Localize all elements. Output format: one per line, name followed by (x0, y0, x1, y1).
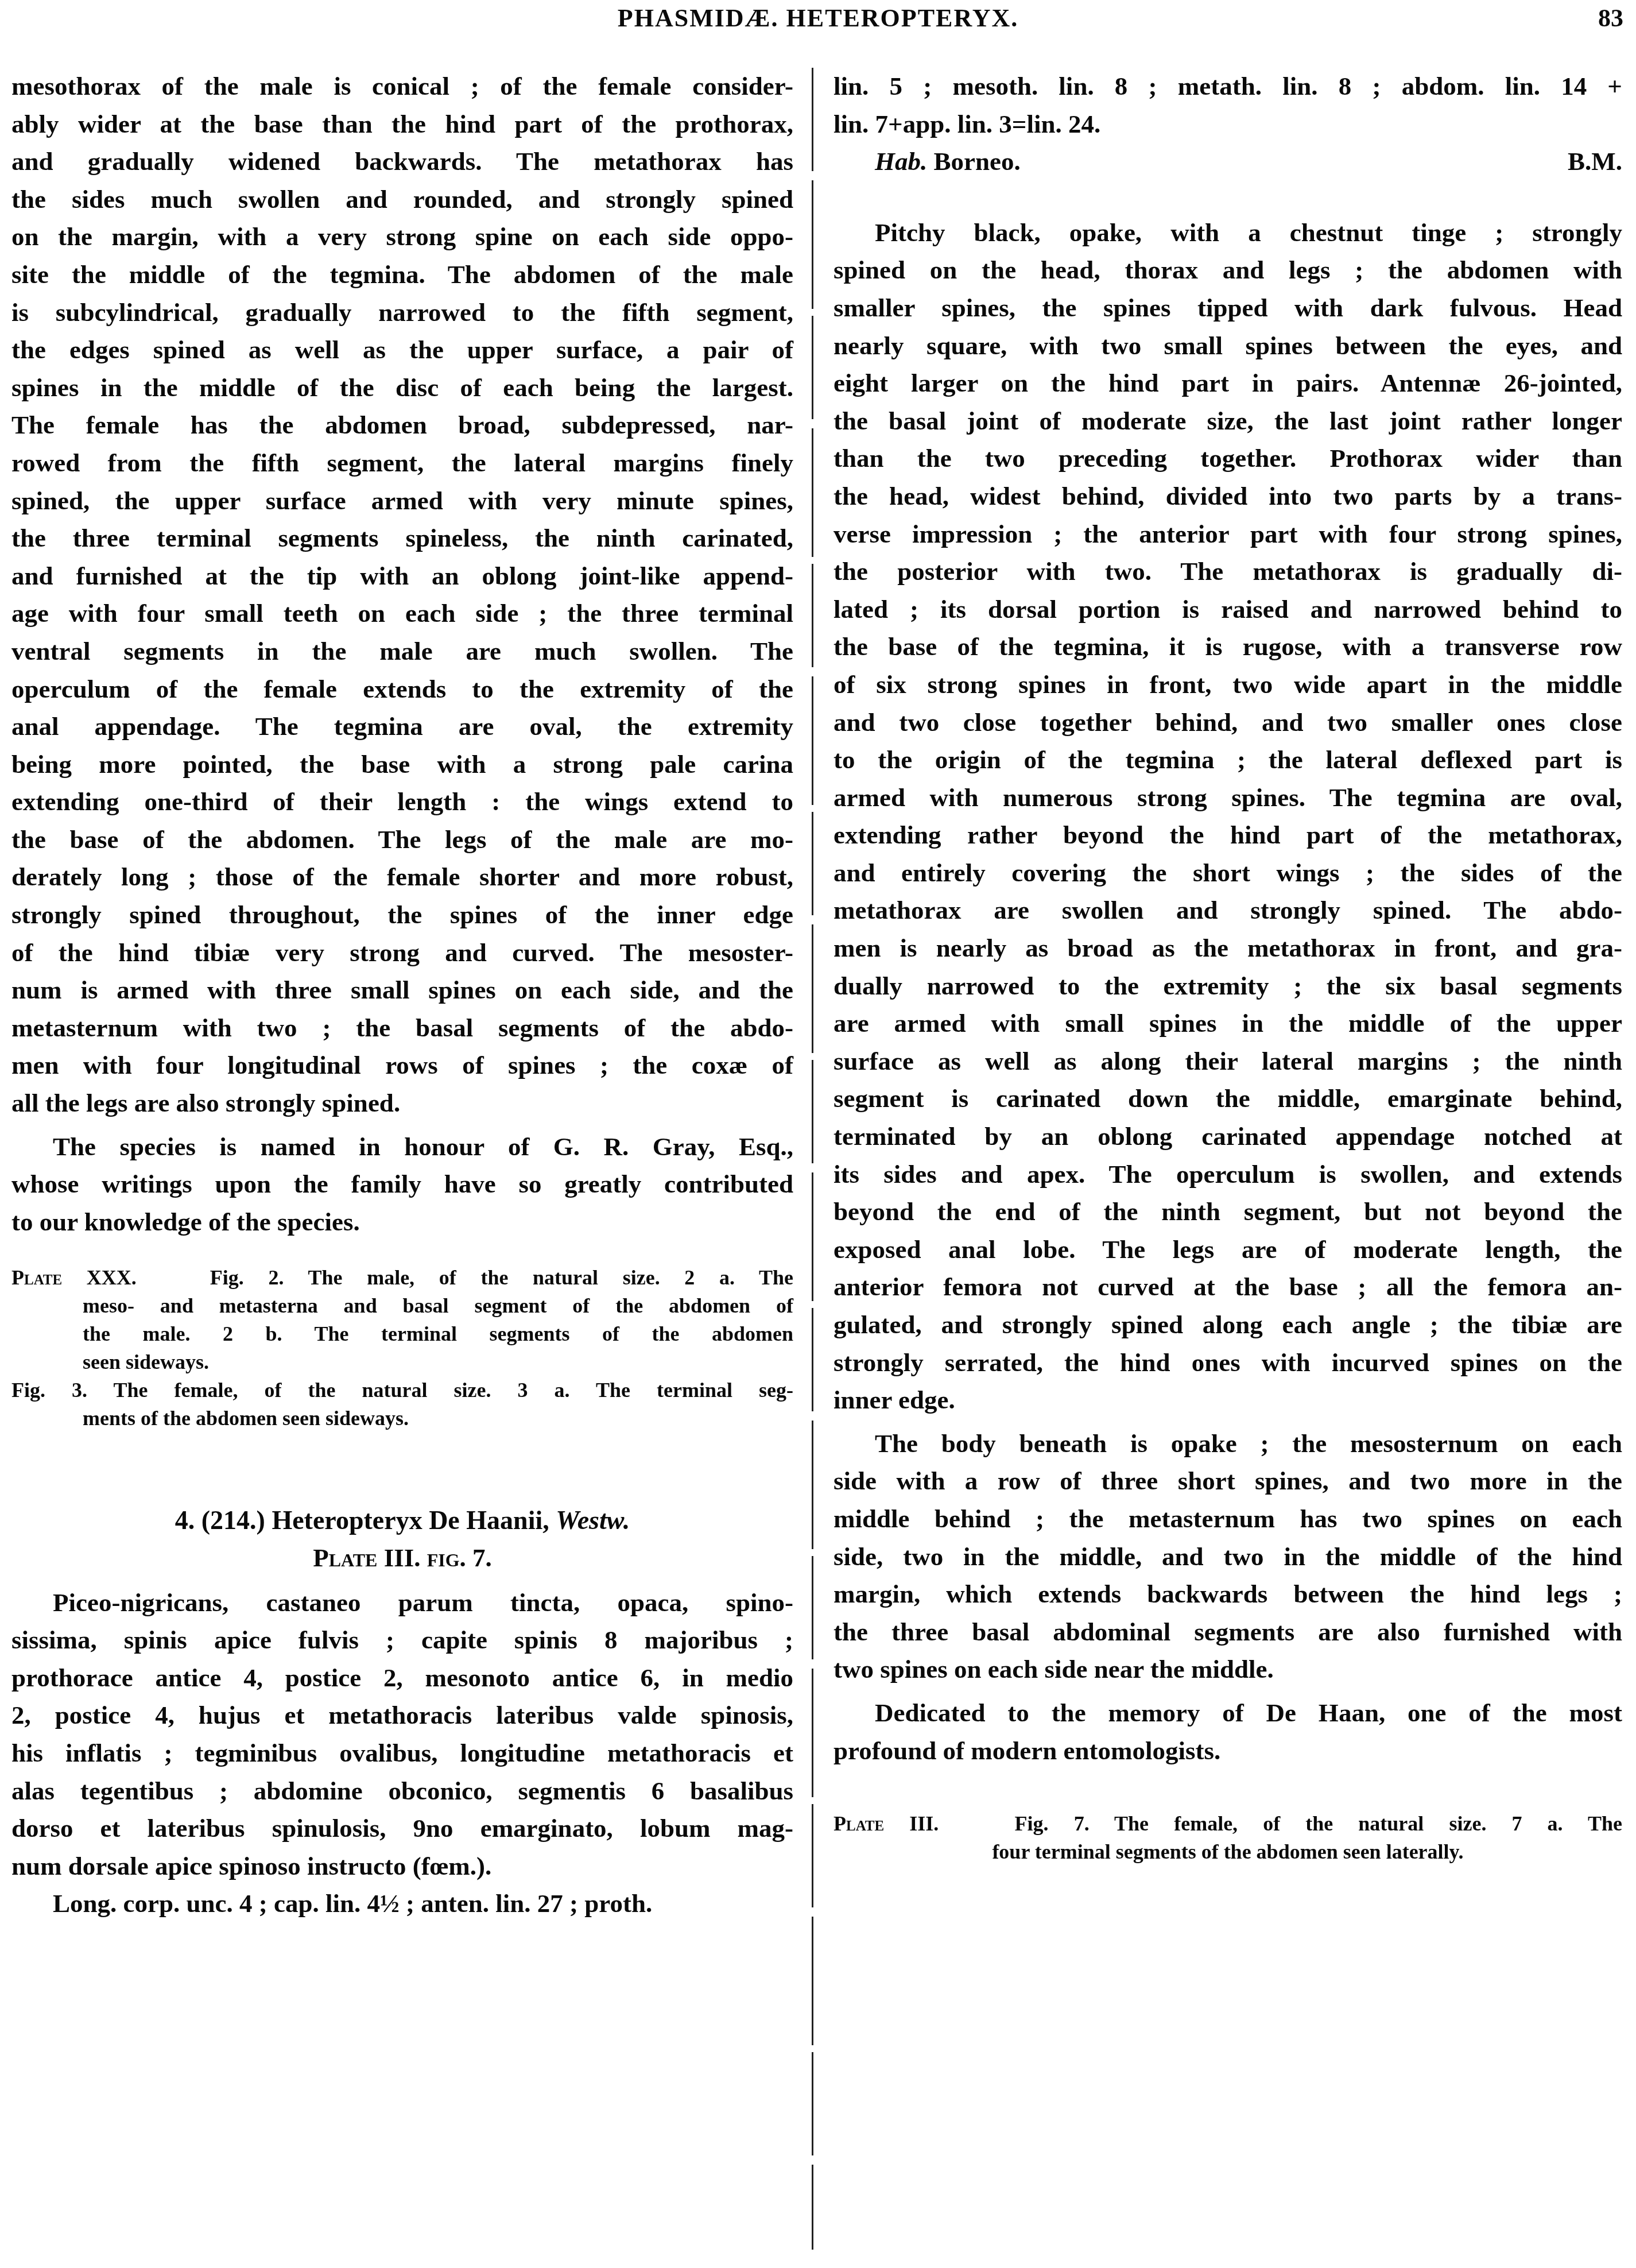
paragraph-underside-description: The body beneath is opake ; the mesoster… (833, 1425, 1622, 1689)
text-line: dually narrowed to the extremity ; the s… (833, 967, 1622, 1005)
caption-line: Fig. 3. The female, of the natural size.… (11, 1376, 793, 1404)
text-line: derately long ; those of the female shor… (11, 858, 793, 896)
latin-description: Piceo-nigricans, castaneo parum tincta, … (11, 1584, 793, 1886)
text-line: the posterior with two. The metathorax i… (833, 553, 1622, 591)
text-line: sissima, spinis apice fulvis ; capite sp… (11, 1621, 793, 1659)
text-line: side with a row of three short spines, a… (833, 1462, 1622, 1500)
text-line: metasternum with two ; the basal segment… (11, 1009, 793, 1047)
text-line: lated ; its dorsal portion is raised and… (833, 591, 1622, 629)
text-line: the three basal abdominal segments are a… (833, 1613, 1622, 1651)
text-line: anterior femora not curved at the base ;… (833, 1268, 1622, 1306)
text-line: is subcylindrical, gradually narrowed to… (11, 294, 793, 332)
paragraph-dedication: Dedicated to the memory of De Haan, one … (833, 1694, 1622, 1770)
text-line: anal appendage. The tegmina are oval, th… (11, 708, 793, 746)
text-line: whose writings upon the family have so g… (11, 1166, 793, 1203)
text-line: spined on the head, thorax and legs ; th… (833, 251, 1622, 289)
habitat-label: Hab. (875, 147, 927, 176)
plate-caption-xxx: Plate XXX. Fig. 2. The male, of the natu… (11, 1264, 793, 1433)
text-line: the base of the abdomen. The legs of the… (11, 821, 793, 859)
habitat-line: Hab. Borneo. B.M. (833, 143, 1622, 181)
text-line: gulated, and strongly spined along each … (833, 1306, 1622, 1344)
text-line: all the legs are also strongly spined. (11, 1085, 793, 1123)
text-line: and entirely covering the short wings ; … (833, 854, 1622, 892)
text-line: mesothorax of the male is conical ; of t… (11, 68, 793, 106)
running-title: PHASMIDÆ. HETEROPTERYX. (0, 1, 1636, 36)
text-line: the basal joint of moderate size, the la… (833, 402, 1622, 440)
text-line: nearly square, with two small spines bet… (833, 327, 1622, 365)
text-line: 2, postice 4, hujus et metathoracis late… (11, 1697, 793, 1735)
caption-line: the male. 2 b. The terminal segments of … (11, 1320, 793, 1348)
text-line: site the middle of the tegmina. The abdo… (11, 256, 793, 294)
text-line: ably wider at the base than the hind par… (11, 106, 793, 144)
text-line: armed with numerous strong spines. The t… (833, 779, 1622, 817)
text-line: Piceo-nigricans, castaneo parum tincta, … (11, 1584, 793, 1622)
text-line: num is armed with three small spines on … (11, 972, 793, 1009)
text-line: rowed from the fifth segment, the latera… (11, 444, 793, 482)
text-line: the three terminal segments spineless, t… (11, 520, 793, 558)
text-line: strongly spined throughout, the spines o… (11, 896, 793, 934)
species-title: 4. (214.) Heteropteryx De Haanii, Westw. (11, 1501, 793, 1539)
paragraph-english-description: Pitchy black, opake, with a chestnut tin… (833, 214, 1622, 1419)
text-line: surface as well as along their lateral m… (833, 1043, 1622, 1081)
paragraph-male-female-description: mesothorax of the male is conical ; of t… (11, 68, 793, 1123)
text-line: spines in the middle of the disc of each… (11, 369, 793, 407)
text-line: beyond the end of the ninth segment, but… (833, 1193, 1622, 1231)
text-line: and furnished at the tip with an oblong … (11, 558, 793, 595)
plate-caption-iii: Plate III. Fig. 7. The female, of the na… (833, 1810, 1622, 1866)
column-divider (812, 68, 813, 2250)
text-line: alas tegentibus ; abdomine obconico, seg… (11, 1772, 793, 1810)
text-line: smaller spines, the spines tipped with d… (833, 289, 1622, 327)
text-line: strongly serrated, the hind ones with in… (833, 1344, 1622, 1382)
text-line: Dedicated to the memory of De Haan, one … (833, 1694, 1622, 1732)
page-header: PHASMIDÆ. HETEROPTERYX. 83 (0, 0, 1636, 46)
text-line: margin, which extends backwards between … (833, 1576, 1622, 1613)
text-line: men is nearly as broad as the metathorax… (833, 930, 1622, 967)
text-line: inner edge. (833, 1381, 1622, 1419)
text-line: extending one-third of their length : th… (11, 783, 793, 821)
paragraph-species-dedication: The species is named in honour of G. R. … (11, 1128, 793, 1241)
text-line: of six strong spines in front, two wide … (833, 666, 1622, 704)
text-line: men with four longitudinal rows of spine… (11, 1047, 793, 1085)
text-line: metathorax are swollen and strongly spin… (833, 892, 1622, 930)
text-line: eight larger on the hind part in pairs. … (833, 365, 1622, 402)
text-line: side, two in the middle, and two in the … (833, 1538, 1622, 1576)
caption-line: four terminal segments of the abdomen se… (833, 1838, 1622, 1866)
caption-line: meso- and metasterna and basal segment o… (11, 1292, 793, 1320)
page-number: 83 (1598, 1, 1623, 36)
text-line: the head, widest behind, divided into tw… (833, 478, 1622, 516)
measurements-line: Long. corp. unc. 4 ; cap. lin. 4½ ; ante… (11, 1885, 793, 1923)
plate-reference: Plate III. fig. 7. (11, 1539, 793, 1577)
text-line: are armed with small spines in the middl… (833, 1005, 1622, 1043)
text-line: num dorsale apice spinoso instructo (fœm… (11, 1848, 793, 1886)
text-line: two spines on each side near the middle. (833, 1651, 1622, 1689)
text-line: than the two preceding together. Prothor… (833, 440, 1622, 478)
text-line: prothorace antice 4, postice 2, mesonoto… (11, 1659, 793, 1697)
text-line: his inflatis ; tegminibus ovalibus, long… (11, 1735, 793, 1772)
collection-code: B.M. (1568, 143, 1622, 181)
text-line: middle behind ; the metasternum has two … (833, 1500, 1622, 1538)
text-line: the sides much swollen and rounded, and … (11, 181, 793, 219)
text-line: profound of modern entomologists. (833, 1732, 1622, 1770)
text-line: The body beneath is opake ; the mesoster… (833, 1425, 1622, 1463)
caption-line: Plate III. Fig. 7. The female, of the na… (833, 1810, 1622, 1838)
text-line: spined, the upper surface armed with ver… (11, 482, 793, 520)
text-line: verse impression ; the anterior part wit… (833, 516, 1622, 554)
habitat-locality: Borneo. (934, 147, 1021, 176)
species-heading: 4. (214.) Heteropteryx De Haanii, Westw.… (11, 1501, 793, 1577)
caption-line: Plate XXX. Fig. 2. The male, of the natu… (11, 1264, 793, 1292)
text-line: on the margin, with a very strong spine … (11, 218, 793, 256)
text-line: and two close together behind, and two s… (833, 704, 1622, 742)
text-line: terminated by an oblong carinated append… (833, 1118, 1622, 1156)
text-line: segment is carinated down the middle, em… (833, 1080, 1622, 1118)
measurements-line: lin. 5 ; mesoth. lin. 8 ; metath. lin. 8… (833, 68, 1622, 106)
text-line: to the origin of the tegmina ; the later… (833, 741, 1622, 779)
text-line: the edges spined as well as the upper su… (11, 331, 793, 369)
text-line: Pitchy black, opake, with a chestnut tin… (833, 214, 1622, 252)
left-column: mesothorax of the male is conical ; of t… (11, 68, 793, 1923)
species-name: Heteropteryx De Haanii, (272, 1505, 549, 1535)
text-line: being more pointed, the base with a stro… (11, 746, 793, 784)
species-author: Westw. (556, 1505, 630, 1535)
text-line: The female has the abdomen broad, subdep… (11, 407, 793, 444)
measurements-line: lin. 7+app. lin. 3=lin. 24. (833, 106, 1622, 144)
species-number: 4. (214.) (175, 1505, 265, 1535)
text-line: of the hind tibiæ very strong and curved… (11, 934, 793, 972)
right-column: lin. 5 ; mesoth. lin. 8 ; metath. lin. 8… (833, 68, 1622, 1866)
caption-line: seen sideways. (11, 1348, 793, 1376)
text-line: its sides and apex. The operculum is swo… (833, 1156, 1622, 1194)
text-line: operculum of the female extends to the e… (11, 671, 793, 709)
text-line: to our knowledge of the species. (11, 1203, 793, 1241)
text-line: exposed anal lobe. The legs are of moder… (833, 1231, 1622, 1269)
text-line: the base of the tegmina, it is rugose, w… (833, 628, 1622, 666)
text-line: ventral segments in the male are much sw… (11, 633, 793, 671)
plate-label: Plate III. (833, 1812, 939, 1835)
text-line: The species is named in honour of G. R. … (11, 1128, 793, 1166)
text-line: extending rather beyond the hind part of… (833, 816, 1622, 854)
plate-label: Plate XXX. (11, 1266, 137, 1289)
caption-line: ments of the abdomen seen sideways. (11, 1404, 793, 1433)
text-line: dorso et lateribus spinulosis, 9no emarg… (11, 1810, 793, 1848)
text-line: and gradually widened backwards. The met… (11, 143, 793, 181)
text-line: age with four small teeth on each side ;… (11, 595, 793, 633)
